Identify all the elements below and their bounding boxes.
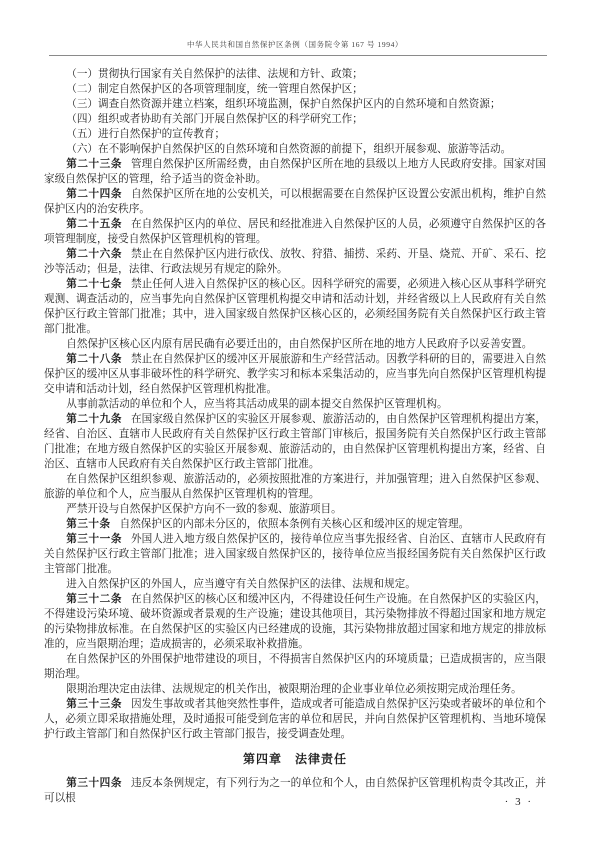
article-number: 第二十八条 [66,353,122,365]
article-number: 第二十五条 [66,218,122,230]
article-paragraph: 第二十九条在国家级自然保护区的实验区开展参观、旅游活动的，由自然保护区管理机构提… [44,412,546,472]
article-paragraph: 第二十七条禁止任何人进入自然保护区的核心区。因科学研究的需要，必须进入核心区从事… [44,277,546,337]
list-item: （一）贯彻执行国家有关自然保护的法律、法规和方针、政策； [44,67,546,82]
list-item: （六）在不影响保护自然保护区的自然环境和自然资源的前提下，组织开展参观、旅游等活… [44,142,546,157]
article-number: 第二十七条 [66,278,122,290]
list-item: （三）调查自然资源并建立档案，组织环境监测，保护自然保护区内的自然环境和自然资源… [44,97,546,112]
article-number: 第二十六条 [66,248,122,260]
list-item: （五）进行自然保护的宣传教育； [44,127,546,142]
header-rule [49,55,547,56]
article-number: 第三十三条 [66,698,122,710]
article-number: 第三十一条 [66,533,122,545]
body-paragraph: 在自然保护区的外围保护地带建设的项目，不得损害自然保护区内的环境质量；已造成损害… [44,652,546,682]
body-paragraph: 严禁开设与自然保护区保护方向不一致的参观、旅游项目。 [44,502,546,517]
document-body: （一）贯彻执行国家有关自然保护的法律、法规和方针、政策； （二）制定自然保护区的… [44,67,546,806]
running-header: 中华人民共和国自然保护区条例（国务院令第 167 号 1994） [44,39,546,50]
article-paragraph: 第三十一条外国人进入地方级自然保护区的，接待单位应当事先报经省、自治区、直辖市人… [44,532,546,577]
article-paragraph: 第三十二条在自然保护区的核心区和缓冲区内，不得建设任何生产设施。在自然保护区的实… [44,592,546,652]
body-paragraph: 限期治理决定由法律、法规规定的机关作出，被限期治理的企业事业单位必须按期完成治理… [44,682,546,697]
article-number: 第三十条 [66,518,110,530]
list-item: （二）制定自然保护区的各项管理制度，统一管理自然保护区； [44,82,546,97]
article-number: 第三十四条 [66,777,122,789]
article-paragraph: 第三十四条违反本条例规定，有下列行为之一的单位和个人，由自然保护区管理机构责令其… [44,776,546,806]
article-paragraph: 第二十八条禁止在自然保护区的缓冲区开展旅游和生产经营活动。因教学科研的目的，需要… [44,352,546,397]
page-number: · 3 · [505,796,533,808]
article-text: 自然保护区的内部未分区的，依照本条例有关核心区和缓冲区的规定管理。 [120,519,470,530]
article-number: 第三十二条 [66,593,122,605]
article-number: 第二十九条 [66,413,122,425]
body-paragraph: 在自然保护区组织参观、旅游活动的，必须按照批准的方案进行，并加强管理；进入自然保… [44,472,546,502]
body-paragraph: 自然保护区核心区内原有居民确有必要迁出的，由自然保护区所在地的地方人民政府予以妥… [44,337,546,352]
article-paragraph: 第三十条自然保护区的内部未分区的，依照本条例有关核心区和缓冲区的规定管理。 [44,517,546,532]
body-paragraph: 从事前款活动的单位和个人，应当将其活动成果的副本提交自然保护区管理机构。 [44,397,546,412]
article-paragraph: 第二十三条管理自然保护区所需经费，由自然保护区所在地的县级以上地方人民政府安排。… [44,157,546,187]
document-page: 中华人民共和国自然保护区条例（国务院令第 167 号 1994） （一）贯彻执行… [0,0,595,842]
article-paragraph: 第二十六条禁止在自然保护区内进行砍伐、放牧、狩猎、捕捞、采药、开垦、烧荒、开矿、… [44,247,546,277]
body-paragraph: 进入自然保护区的外国人，应当遵守有关自然保护区的法律、法规和规定。 [44,577,546,592]
article-paragraph: 第二十四条自然保护区所在地的公安机关，可以根据需要在自然保护区设置公安派出机构，… [44,187,546,217]
article-number: 第二十三条 [66,158,122,170]
list-item: （四）组织或者协助有关部门开展自然保护区的科学研究工作； [44,112,546,127]
chapter-heading: 第四章 法律责任 [44,752,546,767]
article-number: 第二十四条 [66,188,122,200]
article-paragraph: 第二十五条在自然保护区内的单位、居民和经批准进入自然保护区的人员，必须遵守自然保… [44,217,546,247]
article-paragraph: 第三十三条因发生事故或者其他突然性事件，造成或者可能造成自然保护区污染或者破坏的… [44,697,546,742]
